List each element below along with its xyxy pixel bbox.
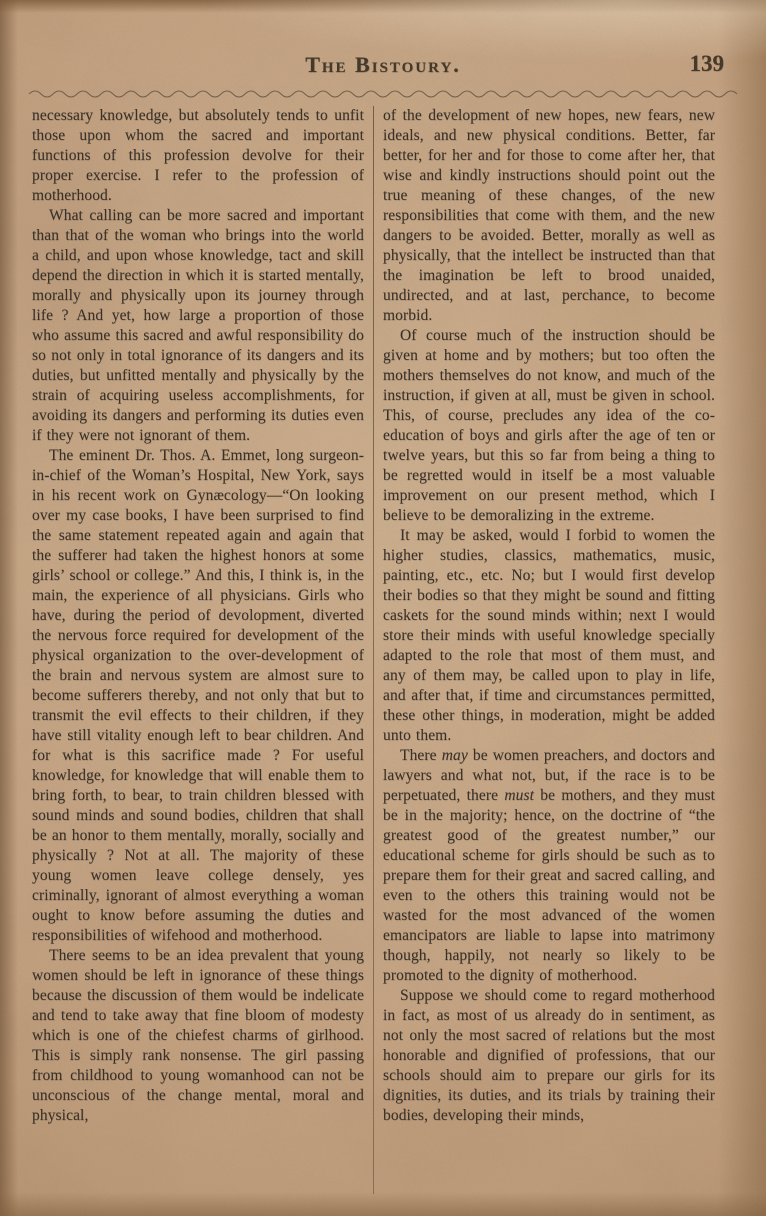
paragraph: of the development of new hopes, new fea… — [383, 106, 715, 326]
wavy-rule — [28, 88, 738, 100]
page-number: 139 — [690, 51, 725, 77]
text-columns: necessary knowledge, but absolutely tend… — [32, 106, 716, 1194]
paragraph: There seems to be an idea prevalent that… — [32, 946, 364, 1126]
paragraph: Suppose we should come to regard motherh… — [383, 986, 715, 1126]
right-column: of the development of new hopes, new fea… — [383, 106, 715, 1194]
paragraph: Of course much of the instruction should… — [383, 326, 715, 526]
paragraph: There may be women preachers, and doctor… — [383, 746, 715, 986]
left-column: necessary knowledge, but absolutely tend… — [32, 106, 364, 1194]
paragraph: The eminent Dr. Thos. A. Emmet, long sur… — [32, 446, 364, 946]
paragraph: necessary knowledge, but absolutely tend… — [32, 106, 364, 206]
column-divider — [373, 106, 374, 1194]
journal-title: The Bistoury. — [0, 52, 766, 78]
paragraph: What calling can be more sacred and impo… — [32, 206, 364, 446]
paragraph: It may be asked, would I forbid to women… — [383, 526, 715, 746]
page-header: The Bistoury. 139 — [0, 50, 766, 84]
scanned-page: The Bistoury. 139 necessary knowledge, b… — [0, 0, 766, 1216]
